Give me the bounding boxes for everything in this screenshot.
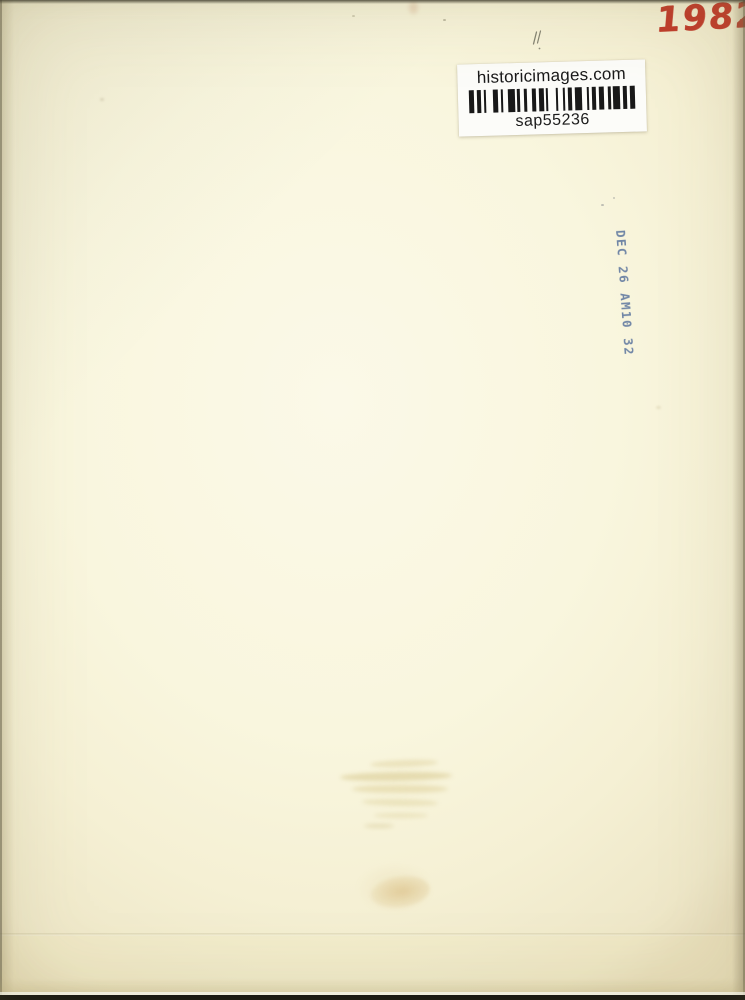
barcode-bar xyxy=(630,86,635,109)
barcode xyxy=(469,86,635,114)
paper-speck xyxy=(601,204,604,206)
paper-speck xyxy=(100,98,104,101)
paper-edge-left-line xyxy=(0,0,2,1000)
smudge-streak xyxy=(362,798,438,806)
paper-gray-cast xyxy=(0,0,745,1000)
paper-edge-bottom-tan xyxy=(0,978,745,992)
smudge-streak xyxy=(352,785,448,793)
year-prefix: 198 xyxy=(654,0,736,41)
date-stamp: DEC 26 AM10 32 xyxy=(613,229,638,370)
paper-speck xyxy=(443,19,446,21)
paper-edge-bottom-black xyxy=(0,995,745,1000)
smudge-streak xyxy=(364,824,394,828)
paper-vignette xyxy=(0,0,745,1000)
barcode-label: historicimages.com sap55236 xyxy=(457,59,647,136)
pencil-mark xyxy=(527,30,549,54)
paper-speck xyxy=(613,197,615,199)
paper-speck xyxy=(352,15,355,17)
paper-edge-top xyxy=(0,0,745,4)
photo-back-paper: 198 2 1 historicimages.com sap55236 DEC … xyxy=(0,0,745,1000)
paper-speck xyxy=(656,406,661,409)
crease-line xyxy=(0,933,745,936)
label-domain-text: historicimages.com xyxy=(477,65,627,88)
smudge-streak xyxy=(340,771,452,782)
paper-edge-left-shade xyxy=(0,0,14,1000)
label-code-text: sap55236 xyxy=(515,111,590,131)
adhesive-smudge xyxy=(328,756,463,836)
smudge-streak xyxy=(374,813,428,818)
smudge-streak xyxy=(370,759,438,768)
